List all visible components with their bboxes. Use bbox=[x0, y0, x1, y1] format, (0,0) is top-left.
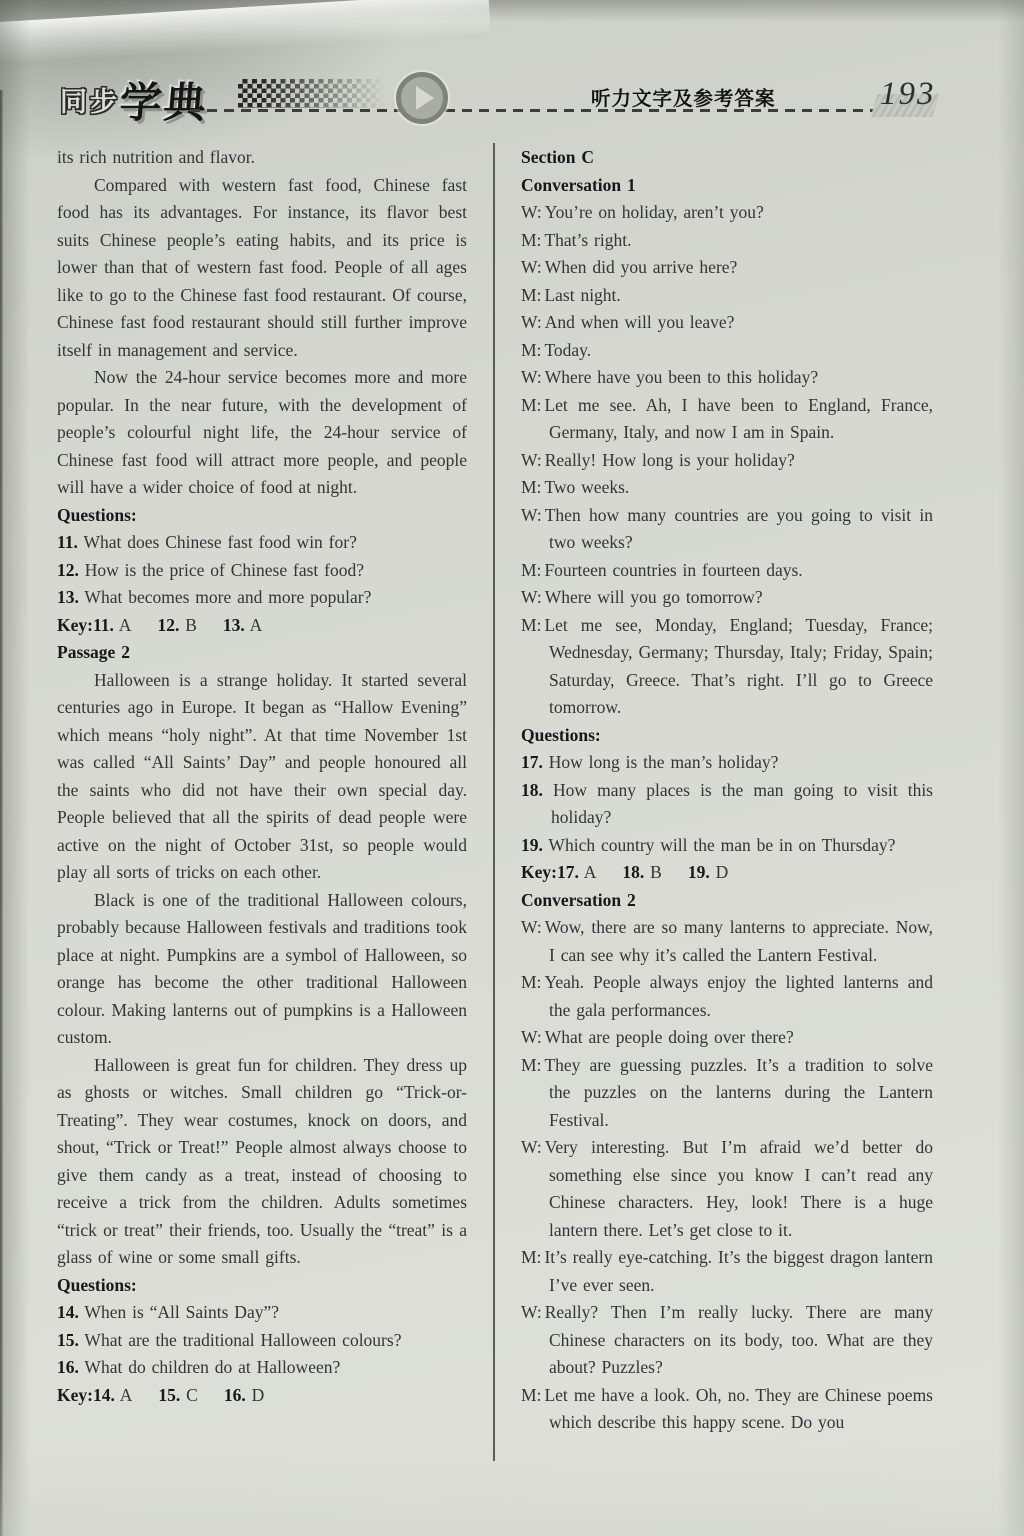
answer-key-item: 18. B bbox=[622, 862, 661, 882]
question-item: 16. What do children do at Halloween? bbox=[57, 1354, 467, 1382]
question-item: 15. What are the traditional Halloween c… bbox=[57, 1327, 467, 1355]
question-number: 12. bbox=[57, 560, 79, 580]
dialogue-line: M:Let me see. Ah, I have been to England… bbox=[521, 392, 933, 447]
question-item: 11. What does Chinese fast food win for? bbox=[57, 529, 467, 557]
dialogue-line: M:Last night. bbox=[521, 282, 933, 310]
speaker-label: M: bbox=[521, 285, 541, 305]
question-item: 19. Which country will the man be in on … bbox=[521, 832, 933, 860]
speaker-label: W: bbox=[521, 312, 542, 332]
answer-key-item: 11. A bbox=[93, 615, 131, 635]
question-item: 14. When is “All Saints Day”? bbox=[57, 1299, 467, 1327]
question-item: 18. How many places is the man going to … bbox=[521, 777, 933, 832]
question-number: 19. bbox=[521, 835, 543, 855]
speaker-label: W: bbox=[521, 587, 542, 607]
checkerboard-decoration bbox=[238, 79, 388, 108]
dialogue-line: W:What are people doing over there? bbox=[521, 1024, 933, 1052]
answer-key: Key:14. A15. C16. D bbox=[57, 1382, 467, 1410]
dialogue-line: W:You’re on holiday, aren’t you? bbox=[521, 199, 933, 227]
question-item: 12. How is the price of Chinese fast foo… bbox=[57, 557, 467, 585]
speaker-label: M: bbox=[521, 395, 541, 415]
answer-key-item: 19. D bbox=[688, 862, 728, 882]
question-number: 15. bbox=[57, 1330, 79, 1350]
answer-key-item: 17. A bbox=[557, 862, 596, 882]
passage-paragraph: Compared with western fast food, Chinese… bbox=[57, 172, 467, 365]
dialogue-line: M:They are guessing puzzles. It’s a trad… bbox=[521, 1052, 933, 1135]
dialogue-line: M:Yeah. People always enjoy the lighted … bbox=[521, 969, 933, 1024]
answer-key: Key:11. A12. B13. A bbox=[57, 612, 467, 640]
speaker-label: W: bbox=[521, 202, 542, 222]
answer-key-item: 13. A bbox=[223, 615, 262, 635]
answer-key-item: 16. D bbox=[224, 1385, 264, 1405]
answer-key-item: 15. C bbox=[158, 1385, 197, 1405]
speaker-label: W: bbox=[521, 1027, 542, 1047]
dialogue-line: W:When did you arrive here? bbox=[521, 254, 933, 282]
answer-key-item: 14. A bbox=[93, 1385, 132, 1405]
dialogue-line: W:Where will you go tomorrow? bbox=[521, 584, 933, 612]
speaker-label: W: bbox=[521, 1137, 542, 1157]
section-heading: Section C bbox=[521, 144, 933, 172]
answer-key-label: Key: bbox=[57, 615, 93, 635]
left-column: its rich nutrition and flavor.Compared w… bbox=[57, 144, 467, 1409]
dialogue-line: M:Two weeks. bbox=[521, 474, 933, 502]
paper-shading-right bbox=[998, 0, 1024, 1536]
speaker-label: M: bbox=[521, 477, 541, 497]
question-number: 17. bbox=[521, 752, 543, 772]
speaker-label: M: bbox=[521, 1247, 541, 1267]
question-number: 11. bbox=[57, 532, 78, 552]
dialogue-line: M:It’s really eye-catching. It’s the big… bbox=[521, 1244, 933, 1299]
speaker-label: M: bbox=[521, 615, 541, 635]
speaker-label: W: bbox=[521, 1302, 542, 1322]
question-number: 18. bbox=[521, 780, 543, 800]
brand-logo-main: 学典 bbox=[117, 70, 210, 130]
right-column: Section CConversation 1W:You’re on holid… bbox=[521, 144, 933, 1437]
paper-highlight-streak bbox=[0, 0, 491, 66]
section-heading: Conversation 2 bbox=[521, 887, 933, 915]
dialogue-line: M:Let me see, Monday, England; Tuesday, … bbox=[521, 612, 933, 722]
speaker-label: W: bbox=[521, 917, 542, 937]
dialogue-line: M:That’s right. bbox=[521, 227, 933, 255]
section-heading: Passage 2 bbox=[57, 639, 467, 667]
passage-paragraph: Now the 24-hour service becomes more and… bbox=[57, 364, 467, 502]
section-heading: Questions: bbox=[521, 722, 933, 750]
dialogue-line: W:Very interesting. But I’m afraid we’d … bbox=[521, 1134, 933, 1244]
speaker-label: M: bbox=[521, 560, 541, 580]
brand-logo-prefix: 同步 bbox=[60, 87, 120, 118]
speaker-label: M: bbox=[521, 340, 541, 360]
scanned-book-page: 同步学典 听力文字及参考答案 193 its rich nutrition an… bbox=[0, 0, 1024, 1536]
speaker-label: M: bbox=[521, 1385, 541, 1405]
answer-key-label: Key: bbox=[57, 1385, 93, 1405]
header-title: 听力文字及参考答案 bbox=[591, 83, 776, 111]
dialogue-line: W:And when will you leave? bbox=[521, 309, 933, 337]
dialogue-line: W:Where have you been to this holiday? bbox=[521, 364, 933, 392]
dialogue-line: W:Really! How long is your holiday? bbox=[521, 447, 933, 475]
passage-paragraph: Halloween is great fun for children. The… bbox=[57, 1052, 467, 1272]
paper-edge-left bbox=[0, 90, 3, 1536]
question-item: 17. How long is the man’s holiday? bbox=[521, 749, 933, 777]
speaker-label: M: bbox=[521, 230, 541, 250]
dialogue-line: M:Fourteen countries in fourteen days. bbox=[521, 557, 933, 585]
dialogue-line: M:Let me have a look. Oh, no. They are C… bbox=[521, 1382, 933, 1437]
speaker-label: W: bbox=[521, 505, 542, 525]
paper-shading-top bbox=[0, 0, 1024, 22]
passage-paragraph: its rich nutrition and flavor. bbox=[57, 144, 467, 172]
page-number: 193 bbox=[880, 76, 936, 113]
paper-shading-left bbox=[0, 0, 30, 1536]
play-triangle-icon bbox=[416, 86, 434, 110]
column-divider bbox=[493, 143, 495, 1461]
passage-paragraph: Black is one of the traditional Hallowee… bbox=[57, 887, 467, 1052]
dialogue-line: W:Wow, there are so many lanterns to app… bbox=[521, 914, 933, 969]
speaker-label: M: bbox=[521, 972, 541, 992]
section-heading: Conversation 1 bbox=[521, 172, 933, 200]
play-button-icon bbox=[396, 72, 448, 124]
dialogue-line: M:Today. bbox=[521, 337, 933, 365]
speaker-label: W: bbox=[521, 450, 542, 470]
question-number: 16. bbox=[57, 1357, 79, 1377]
question-number: 14. bbox=[57, 1302, 79, 1322]
passage-paragraph: Halloween is a strange holiday. It start… bbox=[57, 667, 467, 887]
paper-shading-bottom bbox=[0, 1436, 1024, 1536]
speaker-label: M: bbox=[521, 1055, 541, 1075]
question-number: 13. bbox=[57, 587, 79, 607]
dialogue-line: W:Then how many countries are you going … bbox=[521, 502, 933, 557]
answer-key-label: Key: bbox=[521, 862, 557, 882]
answer-key: Key:17. A18. B19. D bbox=[521, 859, 933, 887]
dialogue-line: W:Really? Then I’m really lucky. There a… bbox=[521, 1299, 933, 1382]
answer-key-item: 12. B bbox=[157, 615, 196, 635]
brand-logo: 同步学典 bbox=[60, 70, 208, 130]
section-heading: Questions: bbox=[57, 502, 467, 530]
question-item: 13. What becomes more and more popular? bbox=[57, 584, 467, 612]
section-heading: Questions: bbox=[57, 1272, 467, 1300]
speaker-label: W: bbox=[521, 257, 542, 277]
speaker-label: W: bbox=[521, 367, 542, 387]
